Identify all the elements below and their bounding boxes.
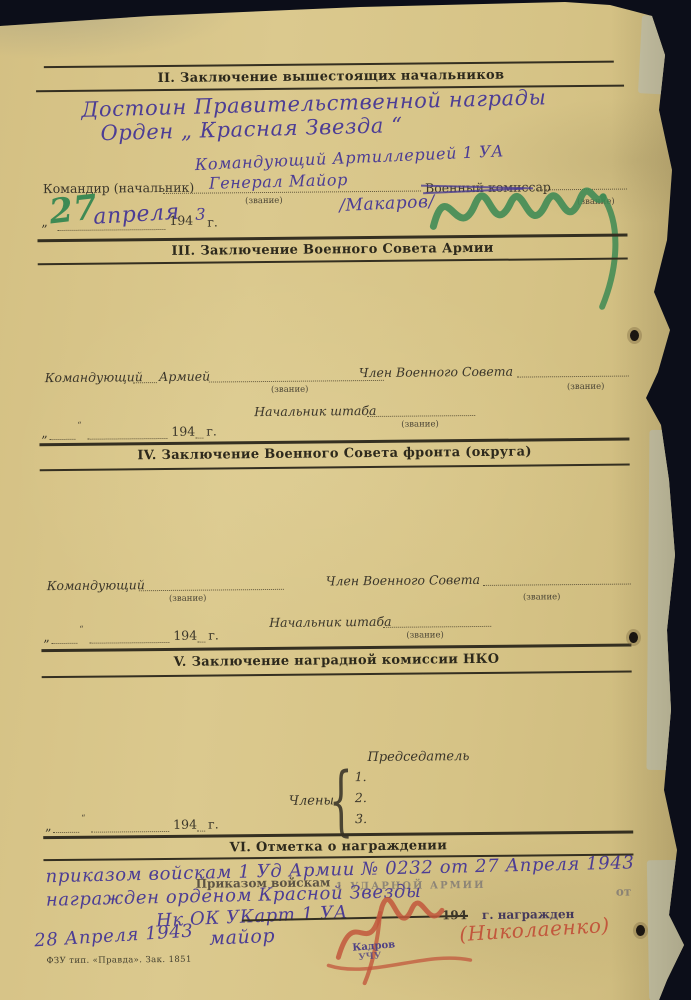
handwritten-award-date: 28 Апреля 1943 (34, 921, 194, 952)
rank-caption: (звание) (567, 382, 605, 392)
scanned-award-document: II. Заключение вышестоящих начальников Д… (0, 0, 691, 1000)
form-content: II. Заключение вышестоящих начальников Д… (0, 0, 691, 1000)
dotted-line (197, 829, 205, 832)
dotted-line (89, 640, 169, 644)
year-suffix: г. (206, 423, 217, 438)
chief-of-staff-label: Начальник штаба (254, 403, 376, 419)
year-suffix: г. (208, 816, 219, 831)
divider (42, 671, 632, 679)
year-printed: 194 (169, 213, 193, 228)
dotted-line (209, 378, 384, 383)
rank-caption: (звание) (406, 630, 444, 640)
green-signature (425, 146, 642, 313)
chief-of-staff-label: Начальник штаба (269, 614, 391, 630)
year-printed: 194 (173, 817, 197, 832)
paper-sheet: II. Заключение вышестоящих начальников Д… (0, 0, 691, 1000)
date-quote-open: „ (41, 214, 48, 229)
dotted-line (87, 436, 167, 440)
rank-caption: (звание) (271, 385, 309, 395)
date-quote-open: „ (45, 818, 52, 833)
print-shop-imprint: ФЗУ тип. «Правда». Зак. 1851 (46, 955, 191, 966)
member-label: Член Военного Совета (359, 364, 513, 380)
member-number-1: 1. (355, 769, 367, 784)
dotted-line (91, 829, 169, 833)
dotted-line (139, 587, 284, 591)
year-printed: 194 (173, 628, 197, 643)
section4-title: IV. Заключение Военного Совета фронта (о… (40, 444, 630, 465)
dotted-line (195, 436, 203, 439)
rank-caption: (звание) (401, 419, 439, 429)
section5-title: V. Заключение наградной комиссии НКО (41, 651, 631, 672)
commander-label: Командующий (45, 369, 143, 385)
divider (40, 464, 630, 472)
chairman-label: Председатель (367, 749, 469, 765)
red-signature (322, 884, 478, 985)
dotted-line (133, 380, 157, 383)
year-printed: 194 (171, 424, 195, 439)
date-quote-close: “ (81, 814, 85, 824)
date-quote-close: “ (79, 625, 83, 635)
handwritten-year-digit: 3 (195, 205, 206, 224)
personnel-stamp-line2: УЧУ (358, 951, 382, 963)
member-number-3: 3. (355, 811, 367, 826)
rank-caption: (звание) (523, 592, 561, 602)
dotted-line (383, 624, 491, 628)
date-quote-close: “ (77, 421, 81, 431)
commander-label: Командующий (47, 577, 145, 593)
member-number-2: 2. (355, 790, 367, 805)
edge-shading (611, 0, 691, 1000)
year-suffix: г. (207, 214, 218, 229)
date-quote-open: „ (41, 425, 48, 440)
rank-caption: (звание) (169, 594, 207, 604)
member-label: Член Военного Совета (326, 572, 480, 588)
dotted-line (367, 413, 475, 417)
rank-caption: (звание) (245, 196, 283, 206)
section2-title: II. Заключение вышестоящих начальников (36, 67, 626, 88)
handwritten-rank-major: майор (209, 925, 276, 950)
handwritten-commissar-name: /Макаров/ (339, 192, 435, 216)
handwritten-month: апреля (93, 200, 181, 230)
members-label: Члены (289, 793, 334, 808)
dotted-line (49, 437, 75, 440)
dotted-line (197, 640, 205, 643)
members-brace: { (328, 755, 353, 844)
army-label: Армией (159, 369, 210, 384)
dotted-line (483, 582, 631, 586)
date-quote-open: „ (43, 629, 50, 644)
dotted-line (51, 641, 77, 644)
year-suffix: г. (208, 627, 219, 642)
dotted-line (53, 830, 79, 833)
